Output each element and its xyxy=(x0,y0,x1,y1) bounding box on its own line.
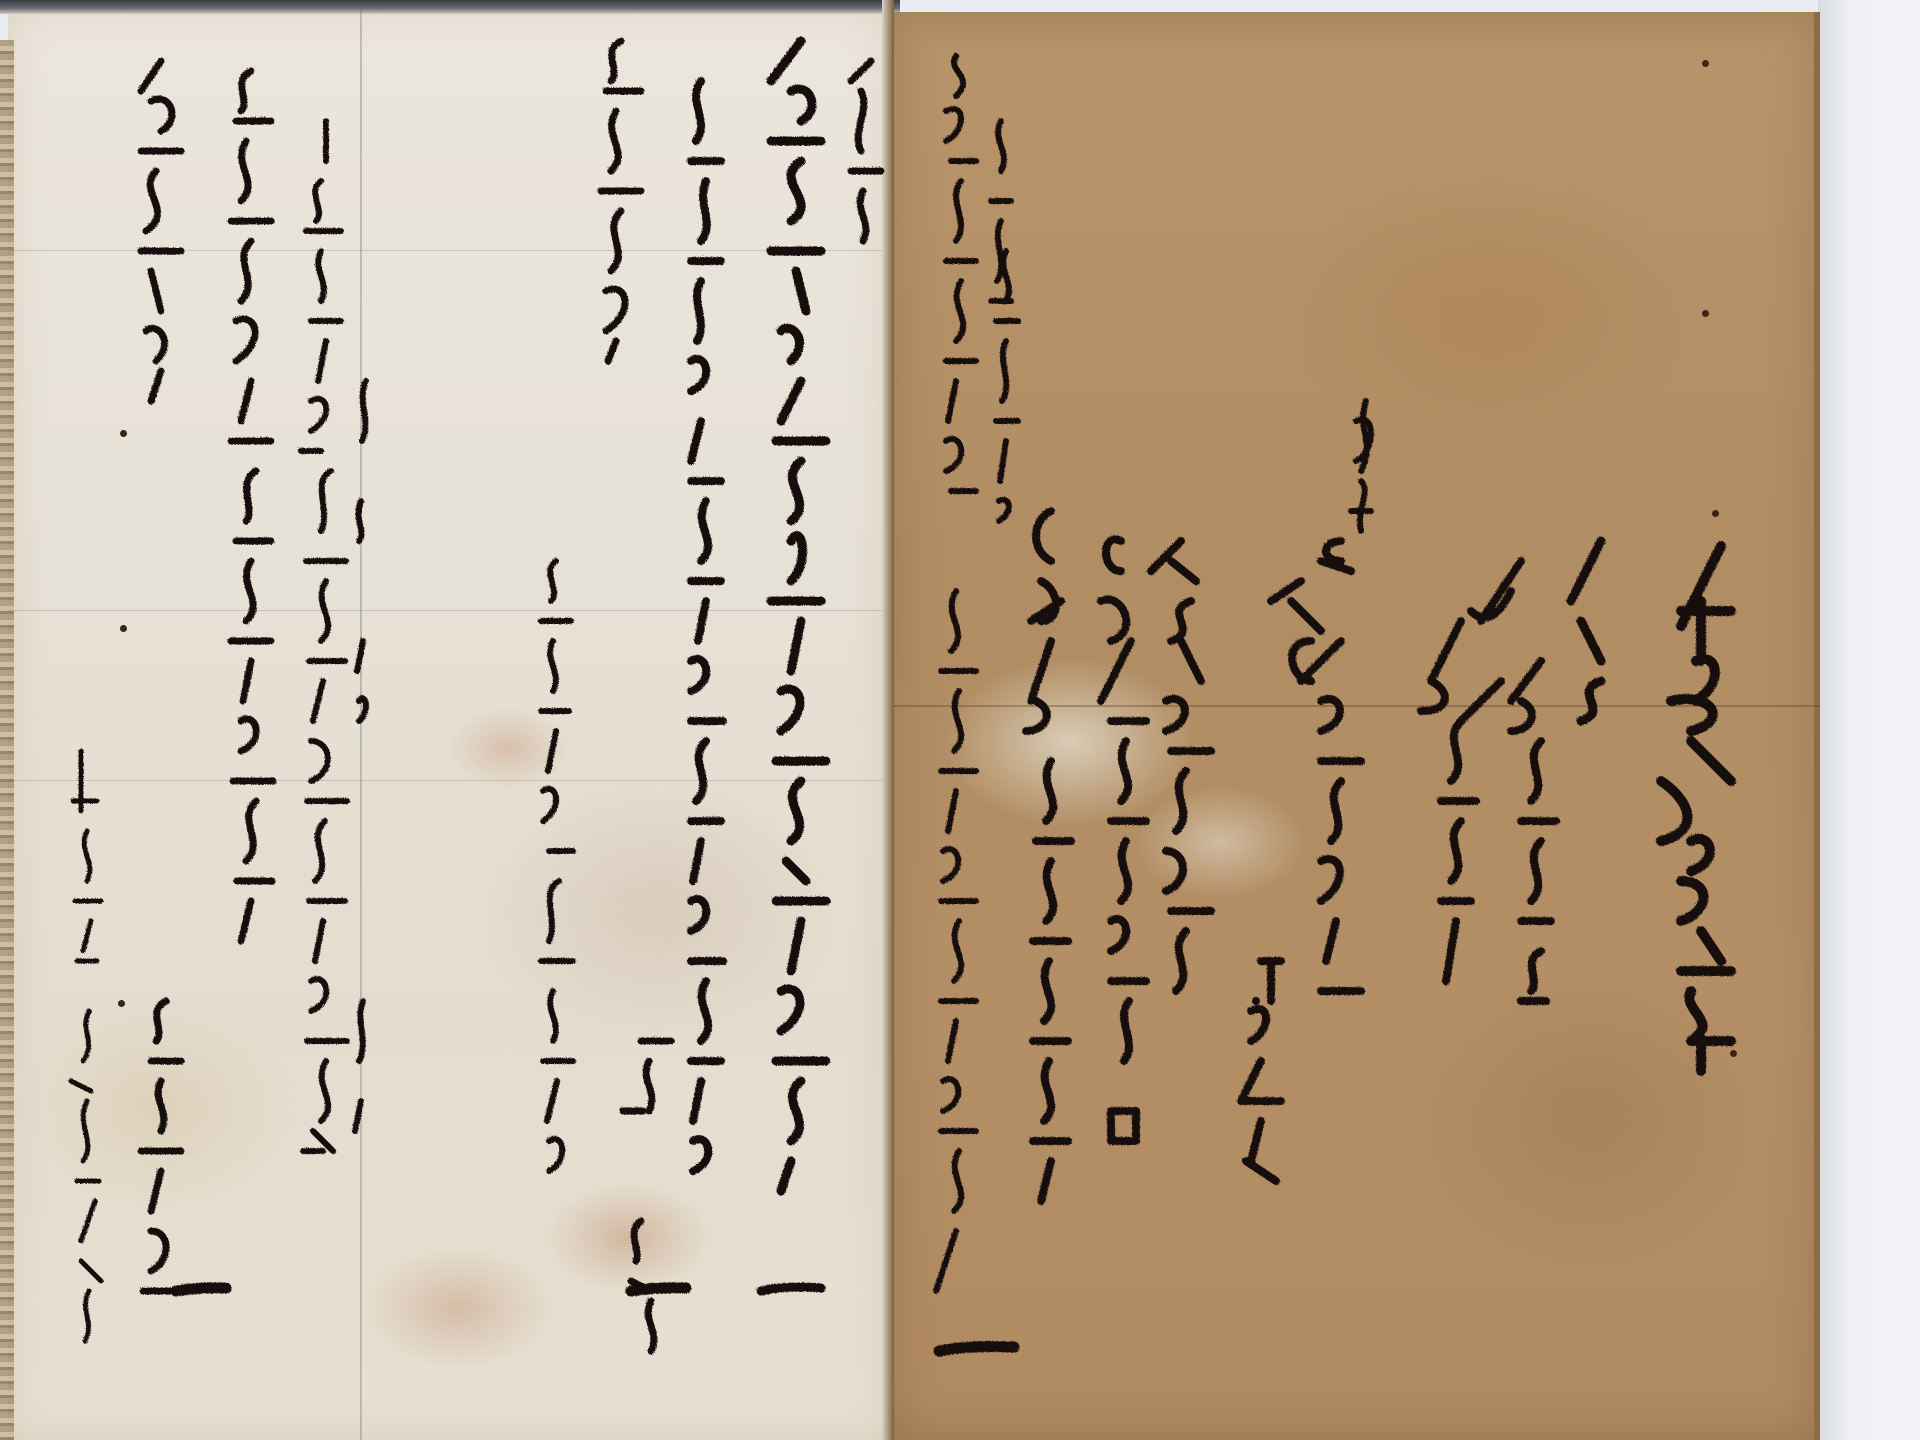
table-background xyxy=(1818,0,1920,1440)
fold-line xyxy=(360,10,362,1440)
manuscript-photo: Open manuscript spread with vertical bru… xyxy=(0,0,1920,1440)
crease-line xyxy=(8,250,888,251)
crease-line xyxy=(890,705,1820,707)
left-page xyxy=(8,8,888,1440)
page-edge xyxy=(1814,12,1820,1440)
crease-line xyxy=(8,610,888,611)
book-gutter xyxy=(882,0,894,1440)
right-page xyxy=(890,12,1820,1440)
cover-edge xyxy=(0,0,900,14)
crease-line xyxy=(8,780,888,781)
